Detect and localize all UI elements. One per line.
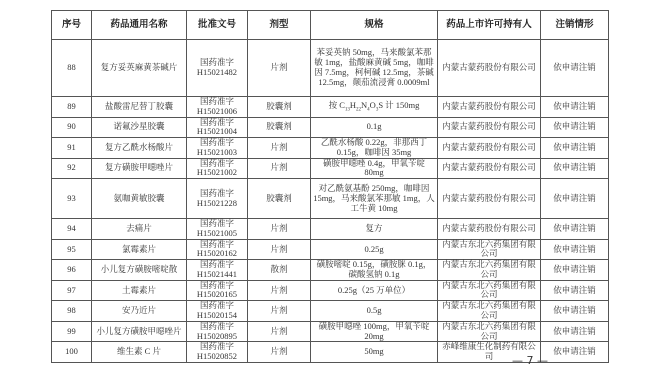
cell-dosage-form: 胶囊剂	[248, 117, 311, 138]
cell-dosage-form: 胶囊剂	[248, 179, 311, 219]
cell-approval-number: 国药准字H15021482	[187, 40, 248, 97]
cell-cancellation-status: 依申请注销	[541, 179, 609, 219]
cell-specification: 复方	[311, 219, 438, 240]
cell-approval-number: 国药准字H15021002	[187, 158, 248, 179]
cell-license-holder: 内蒙古蒙药股份有限公司	[438, 117, 541, 138]
cell-cancellation-status: 依申请注销	[541, 280, 609, 301]
cell-dosage-form: 片剂	[248, 280, 311, 301]
cell-dosage-form: 片剂	[248, 138, 311, 159]
cell-approval-number: 国药准字H15020895	[187, 321, 248, 342]
cell-specification: 磺胺嘧啶 0.15g，磺胺脒 0.1g，碳酸氢钠 0.1g	[311, 260, 438, 281]
approval-code: H15021482	[189, 68, 245, 78]
cell-dosage-form: 片剂	[248, 342, 311, 363]
cell-approval-number: 国药准字H15021441	[187, 260, 248, 281]
cell-dosage-form: 片剂	[248, 239, 311, 260]
approval-code: H15020165	[189, 290, 245, 300]
cell-drug-name: 复方乙酰水杨酸片	[92, 138, 187, 159]
cell-approval-number: 国药准字H15021005	[187, 219, 248, 240]
cell-serial-number: 98	[52, 301, 92, 322]
cell-cancellation-status: 依申请注销	[541, 97, 609, 118]
cell-approval-number: 国药准字H15020165	[187, 280, 248, 301]
page-number: — 7 —	[512, 354, 548, 367]
cell-approval-number: 国药准字H15021003	[187, 138, 248, 159]
cell-cancellation-status: 依申请注销	[541, 158, 609, 179]
approval-code: H15020852	[189, 352, 245, 362]
header-license-holder: 药品上市许可持有人	[438, 11, 541, 40]
header-specification: 规格	[311, 11, 438, 40]
cell-serial-number: 97	[52, 280, 92, 301]
table-row: 96小儿复方磺胺嘧啶散国药准字H15021441散剂磺胺嘧啶 0.15g，磺胺脒…	[52, 260, 609, 281]
cell-approval-number: 国药准字H15021228	[187, 179, 248, 219]
cell-serial-number: 94	[52, 219, 92, 240]
table-row: 98安乃近片国药准字H15020154片剂0.5g内蒙古东北六药集团有限公司依申…	[52, 301, 609, 322]
table-row: 92复方磺胺甲噁唑片国药准字H15021002片剂磺胺甲噁唑 0.4g，甲氧苄啶…	[52, 158, 609, 179]
table-row: 90诺氟沙星胶囊国药准字H15021004胶囊剂0.1g内蒙古蒙药股份有限公司依…	[52, 117, 609, 138]
cell-license-holder: 内蒙古东北六药集团有限公司	[438, 239, 541, 260]
cell-license-holder: 内蒙古蒙药股份有限公司	[438, 40, 541, 97]
header-dosage-form: 剂型	[248, 11, 311, 40]
cell-drug-name: 氨咖黄敏胶囊	[92, 179, 187, 219]
table-row: 89盐酸雷尼替丁胶囊国药准字H15021006胶囊剂按 C13H22N4O3S …	[52, 97, 609, 118]
cell-specification: 磺胺甲噁唑 0.4g，甲氧苄啶 80mg	[311, 158, 438, 179]
cell-license-holder: 内蒙古东北六药集团有限公司	[438, 321, 541, 342]
approval-code: H15020162	[189, 249, 245, 259]
cell-license-holder: 内蒙古蒙药股份有限公司	[438, 97, 541, 118]
cell-serial-number: 95	[52, 239, 92, 260]
cell-serial-number: 88	[52, 40, 92, 97]
cell-drug-name: 盐酸雷尼替丁胶囊	[92, 97, 187, 118]
approval-code: H15021004	[189, 127, 245, 137]
approval-code: H15021228	[189, 199, 245, 209]
cell-specification: 0.5g	[311, 301, 438, 322]
cell-dosage-form: 片剂	[248, 219, 311, 240]
table-row: 88复方妥英麻黄茶碱片国药准字H15021482片剂苯妥英钠 50mg，马来酸氯…	[52, 40, 609, 97]
cell-serial-number: 96	[52, 260, 92, 281]
cell-cancellation-status: 依申请注销	[541, 301, 609, 322]
cell-specification: 50mg	[311, 342, 438, 363]
cell-drug-name: 氯霉素片	[92, 239, 187, 260]
cell-license-holder: 内蒙古东北六药集团有限公司	[438, 260, 541, 281]
cell-cancellation-status: 依申请注销	[541, 40, 609, 97]
table-row: 99小儿复方磺胺甲噁唑片国药准字H15020895片剂磺胺甲噁唑 100mg，甲…	[52, 321, 609, 342]
table-row: 97土霉素片国药准字H15020165片剂0.25g（25 万单位）内蒙古东北六…	[52, 280, 609, 301]
cell-specification: 0.1g	[311, 117, 438, 138]
cell-license-holder: 内蒙古东北六药集团有限公司	[438, 280, 541, 301]
cell-serial-number: 100	[52, 342, 92, 363]
header-cancellation-status: 注销情形	[541, 11, 609, 40]
cell-dosage-form: 片剂	[248, 321, 311, 342]
cell-license-holder: 内蒙古蒙药股份有限公司	[438, 179, 541, 219]
cell-cancellation-status: 依申请注销	[541, 342, 609, 363]
approval-code: H15021003	[189, 148, 245, 158]
approval-code: H15020154	[189, 311, 245, 321]
cell-drug-name: 土霉素片	[92, 280, 187, 301]
cell-drug-name: 安乃近片	[92, 301, 187, 322]
header-drug-name: 药品通用名称	[92, 11, 187, 40]
table-header-row: 序号 药品通用名称 批准文号 剂型 规格 药品上市许可持有人 注销情形	[52, 11, 609, 40]
cell-license-holder: 内蒙古蒙药股份有限公司	[438, 138, 541, 159]
cell-license-holder: 内蒙古蒙药股份有限公司	[438, 219, 541, 240]
table-row: 93氨咖黄敏胶囊国药准字H15021228胶囊剂对乙酰氨基酚 250mg，咖啡因…	[52, 179, 609, 219]
header-serial-number: 序号	[52, 11, 92, 40]
cell-specification: 乙酰水杨酸 0.22g，非那西丁 0.15g，咖啡因 35mg	[311, 138, 438, 159]
table-row: 94去痛片国药准字H15021005片剂复方内蒙古蒙药股份有限公司依申请注销	[52, 219, 609, 240]
cell-approval-number: 国药准字H15020852	[187, 342, 248, 363]
cell-serial-number: 92	[52, 158, 92, 179]
cell-dosage-form: 胶囊剂	[248, 97, 311, 118]
approval-code: H15021002	[189, 168, 245, 178]
table-body: 88复方妥英麻黄茶碱片国药准字H15021482片剂苯妥英钠 50mg，马来酸氯…	[52, 40, 609, 363]
cell-drug-name: 维生素 C 片	[92, 342, 187, 363]
cell-serial-number: 91	[52, 138, 92, 159]
cell-dosage-form: 片剂	[248, 40, 311, 97]
cell-drug-name: 小儿复方磺胺甲噁唑片	[92, 321, 187, 342]
cell-specification: 0.25g	[311, 239, 438, 260]
drug-cancellation-table: 序号 药品通用名称 批准文号 剂型 规格 药品上市许可持有人 注销情形 88复方…	[51, 10, 609, 363]
cell-cancellation-status: 依申请注销	[541, 260, 609, 281]
table-row: 95氯霉素片国药准字H15020162片剂0.25g内蒙古东北六药集团有限公司依…	[52, 239, 609, 260]
cell-serial-number: 89	[52, 97, 92, 118]
cell-specification: 对乙酰氨基酚 250mg，咖啡因 15mg，马来酸氯苯那敏 1mg，人工牛黄 1…	[311, 179, 438, 219]
cell-approval-number: 国药准字H15021004	[187, 117, 248, 138]
approval-code: H15021006	[189, 107, 245, 117]
cell-approval-number: 国药准字H15021006	[187, 97, 248, 118]
header-approval-number: 批准文号	[187, 11, 248, 40]
cell-drug-name: 小儿复方磺胺嘧啶散	[92, 260, 187, 281]
cell-license-holder: 内蒙古蒙药股份有限公司	[438, 158, 541, 179]
cell-dosage-form: 片剂	[248, 301, 311, 322]
cell-cancellation-status: 依申请注销	[541, 239, 609, 260]
approval-code: H15021005	[189, 229, 245, 239]
approval-code: H15020895	[189, 332, 245, 342]
cell-cancellation-status: 依申请注销	[541, 138, 609, 159]
cell-drug-name: 去痛片	[92, 219, 187, 240]
cell-dosage-form: 片剂	[248, 158, 311, 179]
cell-specification: 0.25g（25 万单位）	[311, 280, 438, 301]
cell-serial-number: 99	[52, 321, 92, 342]
cell-specification: 按 C13H22N4O3S 计 150mg	[311, 97, 438, 118]
cell-dosage-form: 散剂	[248, 260, 311, 281]
cell-approval-number: 国药准字H15020154	[187, 301, 248, 322]
approval-code: H15021441	[189, 270, 245, 280]
cell-cancellation-status: 依申请注销	[541, 321, 609, 342]
cell-drug-name: 诺氟沙星胶囊	[92, 117, 187, 138]
cell-drug-name: 复方妥英麻黄茶碱片	[92, 40, 187, 97]
cell-specification: 苯妥英钠 50mg，马来酸氯苯那敏 1mg，盐酸麻黄碱 5mg，咖啡因 7.5m…	[311, 40, 438, 97]
cell-specification: 磺胺甲噁唑 100mg，甲氧苄啶 20mg	[311, 321, 438, 342]
cell-drug-name: 复方磺胺甲噁唑片	[92, 158, 187, 179]
cell-approval-number: 国药准字H15020162	[187, 239, 248, 260]
cell-serial-number: 93	[52, 179, 92, 219]
cell-license-holder: 内蒙古东北六药集团有限公司	[438, 301, 541, 322]
cell-cancellation-status: 依申请注销	[541, 219, 609, 240]
table-row: 91复方乙酰水杨酸片国药准字H15021003片剂乙酰水杨酸 0.22g，非那西…	[52, 138, 609, 159]
cell-cancellation-status: 依申请注销	[541, 117, 609, 138]
cell-serial-number: 90	[52, 117, 92, 138]
